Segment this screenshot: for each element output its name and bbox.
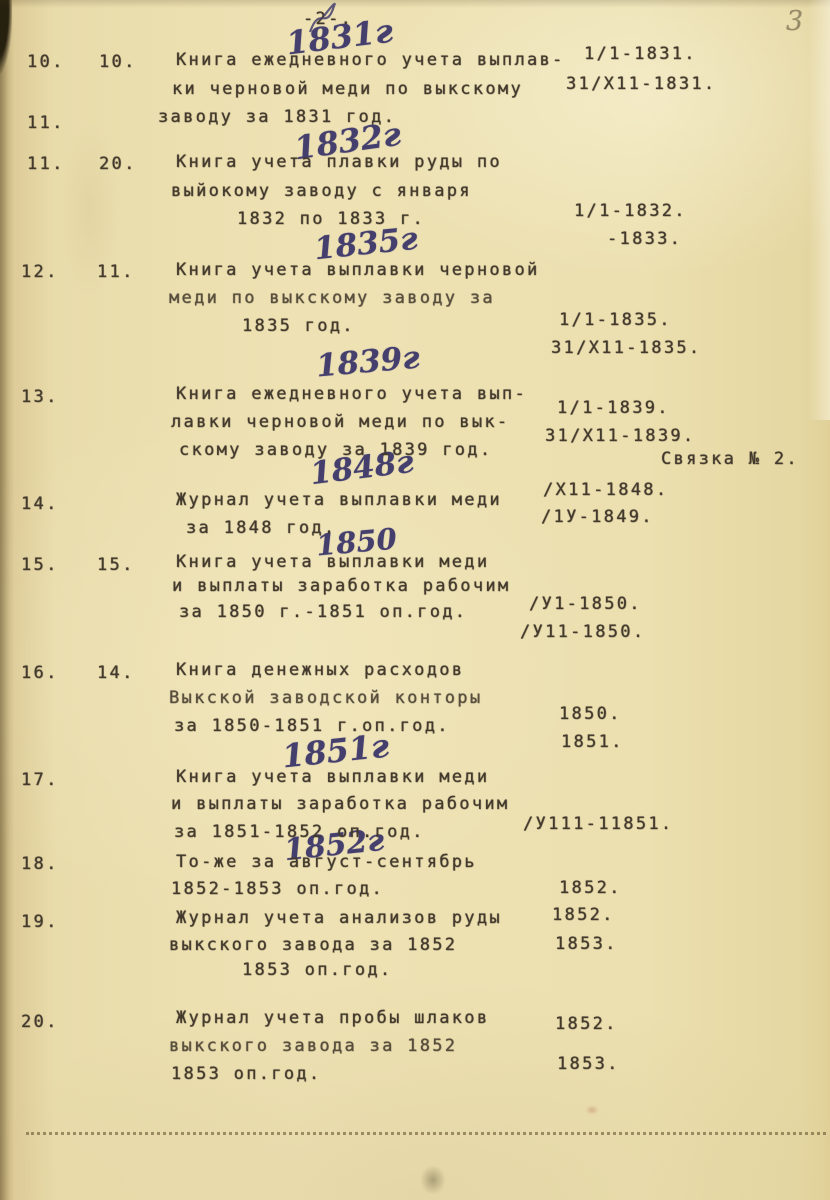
entry-date: 1/1-1831. — [584, 41, 697, 67]
entry-title-line: Книга денежных расходов — [176, 657, 464, 683]
entry-date: 1/1-1835. — [559, 307, 672, 333]
entry-title-line: Журнал учета пробы шлаков — [176, 1005, 489, 1031]
entry-title-line: скому заводу за 1839 год. — [179, 437, 492, 463]
entry-title-line: меди по выкскому заводу за — [169, 285, 495, 311]
entry-title-line: 1832 по 1833 г. — [237, 206, 425, 232]
paper-stain — [420, 1165, 446, 1195]
entry-number: 14. — [21, 491, 59, 517]
entry-number: 13. — [21, 384, 59, 410]
entry-title-line: Книга ежедневного учета выплав- — [176, 47, 565, 73]
entry-date: 1853. — [557, 1051, 620, 1077]
entry-number: 17. — [21, 767, 59, 793]
entry-date: 31/X11-1831. — [566, 71, 716, 97]
entry-title-line: за 1850-1851 г.оп.год. — [174, 713, 450, 739]
entry-title-line: Выкской заводской конторы — [169, 685, 482, 711]
entry-number: 19. — [21, 909, 59, 935]
entry-number: 18. — [21, 851, 59, 877]
scan-left-edge-shadow — [0, 0, 14, 1200]
entry-number: 16. — [21, 660, 59, 686]
entry-number: 20. — [21, 1009, 59, 1035]
entry-date: /1У-1849. — [541, 504, 654, 530]
entry-date: 1850. — [559, 701, 622, 727]
entry-number: 10. — [27, 49, 65, 75]
entry-ledger-number: 15. — [97, 552, 135, 578]
sheet-number: 3 — [786, 6, 803, 37]
entry-number: 11. — [27, 151, 65, 177]
scan-corner-blot — [0, 0, 12, 74]
entry-date: /У111-11851. — [523, 811, 673, 837]
entry-date: 31/X11-1835. — [551, 335, 701, 361]
entry-date: 1851. — [561, 729, 624, 755]
entry-title-line: выкского завода за 1852 — [169, 932, 457, 958]
stray-entry-number: 11. — [27, 110, 65, 136]
entry-title-line: и выплаты заработка рабочим — [171, 791, 509, 817]
year-heading-1839: 1839г — [315, 340, 421, 385]
entry-ledger-number: 14. — [97, 660, 135, 686]
entry-title-line: лавки черновой меди по вык- — [171, 409, 509, 435]
entry-title-line: и выплаты заработка рабочим — [172, 573, 510, 599]
scan-top-edge-shadow — [0, 0, 830, 8]
entry-date: 1/1-1839. — [557, 395, 670, 421]
entry-title-line: ки черновой меди по выкскому — [172, 76, 523, 102]
entry-title-line: заводу за 1831 год. — [158, 104, 396, 130]
entry-date: 1/1-1832. — [574, 198, 687, 224]
entry-date: /У11-1850. — [520, 619, 645, 645]
bundle-note: Связка № 2. — [661, 446, 799, 472]
entry-title-line: Журнал учета выплавки меди — [176, 487, 502, 513]
entry-date: /У1-1850. — [529, 591, 642, 617]
entry-title-line: за 1850 г.-1851 оп.год. — [179, 599, 467, 625]
entry-title-line: То-же за август-сентябрь — [176, 849, 477, 875]
entry-ledger-number: 11. — [97, 259, 135, 285]
entry-title-line: выйокому заводу с января — [171, 178, 472, 204]
entry-date: 1853. — [555, 931, 618, 957]
entry-title-line: 1852-1853 оп.год. — [171, 876, 384, 902]
entry-title-line: Журнал учета анализов руды — [176, 905, 502, 931]
entry-title-line: 1853 оп.год. — [171, 1061, 321, 1087]
entry-title-line: Книга учета выплавки черновой — [176, 257, 540, 283]
entry-date: -1833. — [607, 226, 682, 252]
entry-date: 1852. — [559, 875, 622, 901]
scan-right-paper-edge — [808, 0, 830, 420]
entry-title-line: Книга ежедневного учета вып- — [176, 381, 527, 407]
entry-title-line: Книга учета плавки руды по — [176, 149, 502, 175]
entry-number: 12. — [21, 259, 59, 285]
entry-title-line: за 1851-1852 оп.год. — [174, 819, 425, 845]
entry-title-line: 1853 оп.год. — [242, 957, 392, 983]
entry-number: 15. — [21, 552, 59, 578]
archival-document-page: -2-. 3 1831г 1832г 1835г 1839г 1848г 185… — [0, 0, 830, 1200]
entry-title-line: за 1848 год. — [186, 515, 336, 541]
entry-date: 1852. — [555, 1011, 618, 1037]
dotted-separator — [26, 1132, 826, 1135]
entry-date: 1852. — [552, 902, 615, 928]
paper-stain — [585, 1105, 599, 1115]
entry-title-line: Книга учета выплавки меди — [176, 549, 489, 575]
entry-title-line: выкского завода за 1852 — [169, 1033, 457, 1059]
entry-title-line: Книга учета выплавки меди — [176, 764, 489, 790]
entry-ledger-number: 10. — [99, 49, 137, 75]
entry-ledger-number: 20. — [99, 151, 137, 177]
entry-date: /X11-1848. — [543, 477, 668, 503]
entry-title-line: 1835 год. — [242, 313, 355, 339]
